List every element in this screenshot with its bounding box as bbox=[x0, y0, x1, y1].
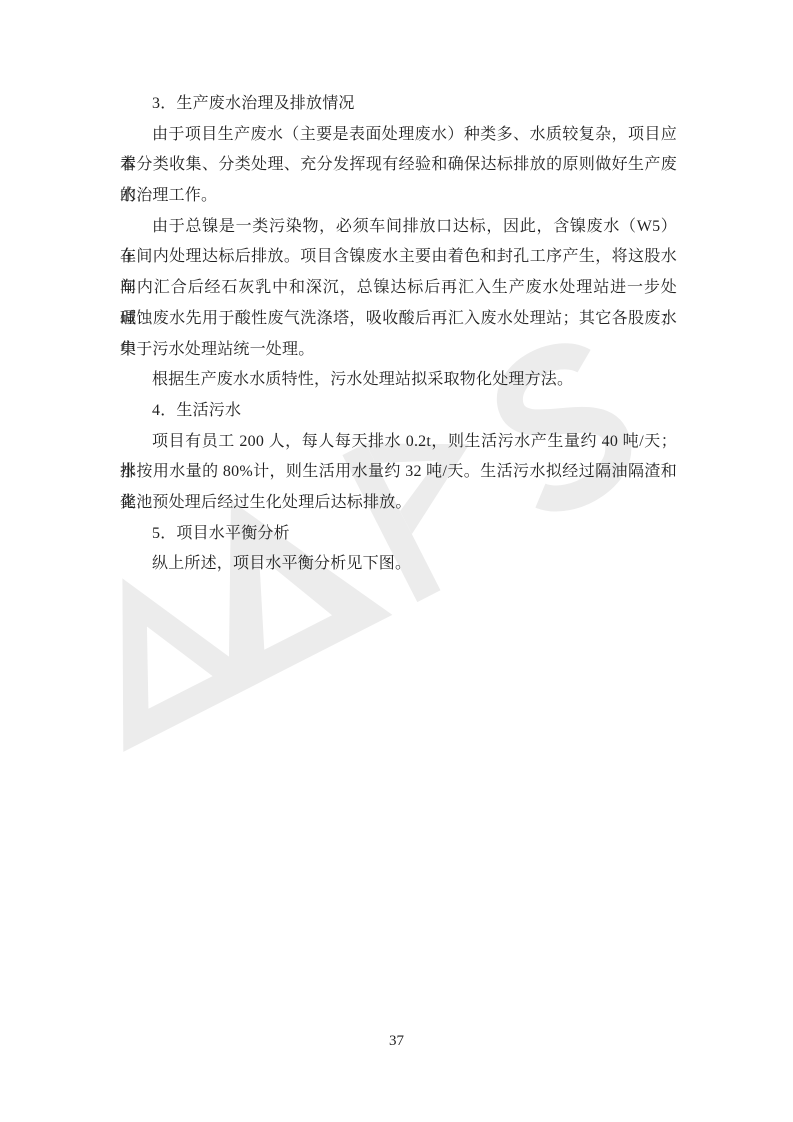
paragraph-line: 着分类收集、分类处理、充分发挥现有经验和确保达标排放的原则做好生产废水 bbox=[120, 150, 677, 181]
section-heading: 3．生产废水治理及排放情况 bbox=[120, 89, 677, 120]
paragraph-line: 粪池预处理后经过生化处理后达标排放。 bbox=[120, 488, 677, 519]
paragraph-line: 间内汇合后经石灰乳中和深沉，总镍达标后再汇入生产废水处理站进一步处理； bbox=[120, 273, 677, 304]
paragraph-line: 由于总镍是一类污染物，必须车间排放口达标，因此，含镍废水（W5）在 bbox=[120, 212, 677, 243]
page-number: 37 bbox=[0, 1033, 793, 1050]
paragraph-line: 碱蚀废水先用于酸性废气洗涤塔，吸收酸后再汇入废水处理站；其它各股废水集 bbox=[120, 304, 677, 335]
paragraph-line: 纵上所述，项目水平衡分析见下图。 bbox=[120, 549, 677, 580]
document-page: 3．生产废水治理及排放情况由于项目生产废水（主要是表面处理废水）种类多、水质较复… bbox=[0, 0, 793, 1122]
paragraph-line: 车间内处理达标后排放。项目含镍废水主要由着色和封孔工序产生，将这股水车 bbox=[120, 242, 677, 273]
text-block: 3．生产废水治理及排放情况由于项目生产废水（主要是表面处理废水）种类多、水质较复… bbox=[120, 89, 677, 580]
paragraph-line: 由于项目生产废水（主要是表面处理废水）种类多、水质较复杂，项目应本 bbox=[120, 120, 677, 151]
paragraph-line: 项目有员工 200 人，每人每天排水 0.2t，则生活污水产生量约 40 吨/天… bbox=[120, 427, 677, 458]
paragraph-line: 水按用水量的 80%计，则生活用水量约 32 吨/天。生活污水拟经过隔油隔渣和化 bbox=[120, 457, 677, 488]
paragraph-line: 根据生产废水水质特性，污水处理站拟采取物化处理方法。 bbox=[120, 365, 677, 396]
paragraph-line: 的治理工作。 bbox=[120, 181, 677, 212]
paragraph-line: 中于污水处理站统一处理。 bbox=[120, 335, 677, 366]
section-heading: 4．生活污水 bbox=[120, 396, 677, 427]
section-heading: 5．项目水平衡分析 bbox=[120, 519, 677, 550]
